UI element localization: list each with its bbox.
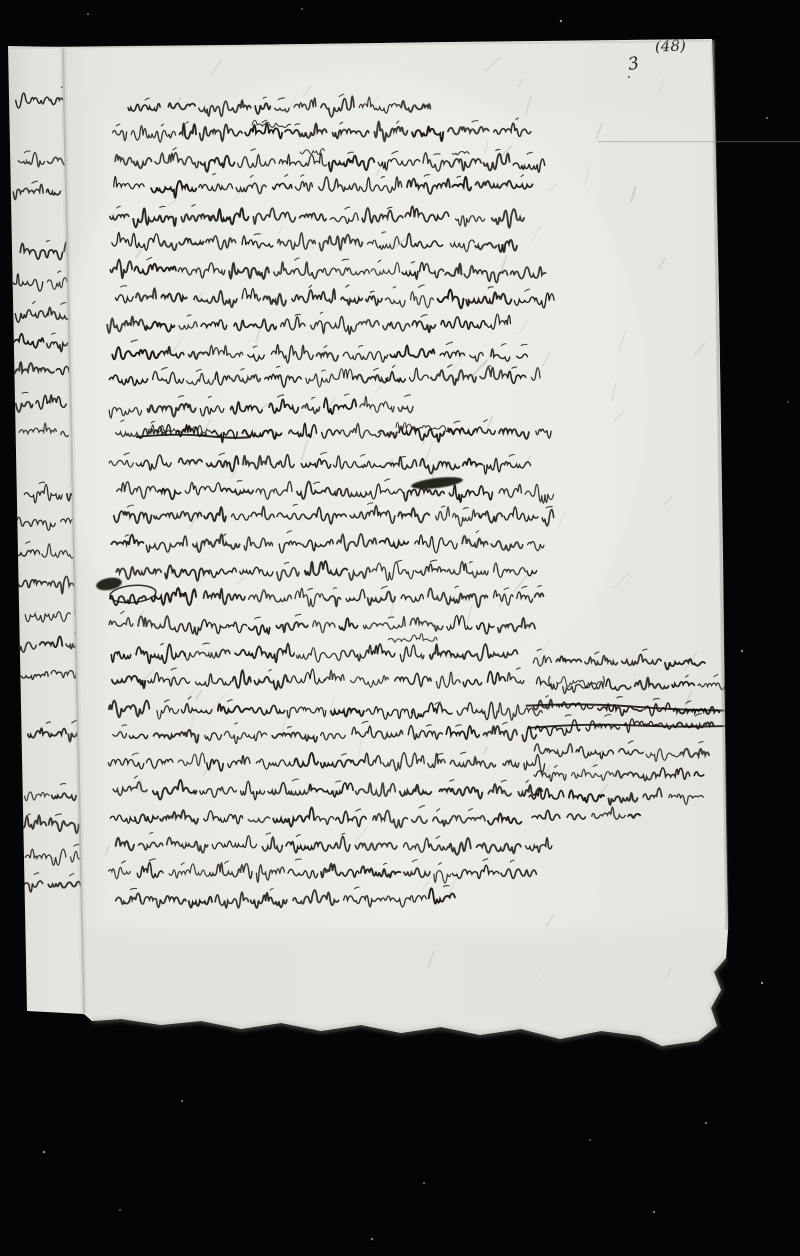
dust-speck — [371, 1238, 374, 1241]
dust-speck — [43, 1151, 46, 1154]
manuscript-scan: (48) 3 — [0, 0, 800, 1256]
scanned-document-photo: (48) 3 — [0, 0, 800, 1256]
dust-speck — [87, 13, 89, 15]
dust-speck — [766, 117, 768, 119]
dust-speck — [741, 650, 743, 652]
ink-dot — [628, 76, 630, 78]
dust-speck — [705, 1122, 707, 1124]
dust-speck — [761, 982, 763, 984]
dust-speck — [423, 1182, 425, 1184]
dust-speck — [787, 401, 789, 403]
scratch-line — [598, 141, 800, 142]
dust-speck — [119, 1209, 120, 1210]
dust-speck — [589, 1139, 591, 1141]
dust-speck — [653, 1211, 655, 1213]
dust-speck — [301, 8, 303, 10]
dust-speck — [560, 20, 562, 22]
dust-speck — [181, 1100, 183, 1102]
